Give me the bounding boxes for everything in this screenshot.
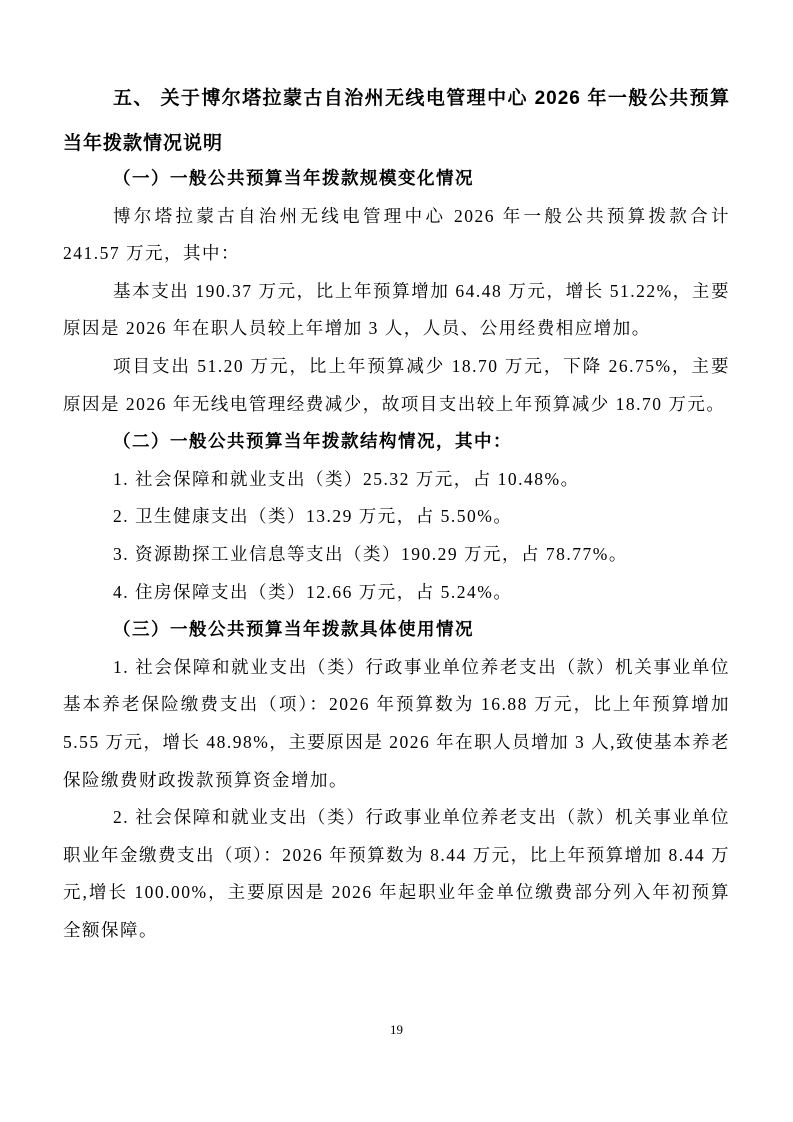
section-3-title: （三）一般公共预算当年拨款具体使用情况 bbox=[63, 611, 730, 649]
section-1-title: （一）一般公共预算当年拨款规模变化情况 bbox=[63, 160, 730, 198]
para-project-expenditure: 项目支出 51.20 万元，比上年预算减少 18.70 万元，下降 26.75%… bbox=[63, 348, 730, 423]
document-page: 五、 关于博尔塔拉蒙古自治州无线电管理中心 2026 年一般公共预算当年拨款情况… bbox=[0, 0, 793, 1122]
para-total-allocation: 博尔塔拉蒙古自治州无线电管理中心 2026 年一般公共预算拨款合计 241.57… bbox=[63, 198, 730, 273]
para-annuity-contribution: 2. 社会保障和就业支出（类）行政事业单位养老支出（款）机关事业单位职业年金缴费… bbox=[63, 799, 730, 949]
section-2-title: （二）一般公共预算当年拨款结构情况，其中： bbox=[63, 423, 730, 461]
para-basic-expenditure: 基本支出 190.37 万元，比上年预算增加 64.48 万元，增长 51.22… bbox=[63, 273, 730, 348]
document-title: 五、 关于博尔塔拉蒙古自治州无线电管理中心 2026 年一般公共预算当年拨款情况… bbox=[63, 76, 730, 166]
list-item-health: 2. 卫生健康支出（类）13.29 万元，占 5.50%。 bbox=[63, 498, 730, 536]
list-item-resource-exploration: 3. 资源勘探工业信息等支出（类）190.29 万元，占 78.77%。 bbox=[63, 536, 730, 574]
para-pension-contribution: 1. 社会保障和就业支出（类）行政事业单位养老支出（款）机关事业单位基本养老保险… bbox=[63, 649, 730, 799]
document-content: 五、 关于博尔塔拉蒙古自治州无线电管理中心 2026 年一般公共预算当年拨款情况… bbox=[63, 76, 730, 949]
list-item-social-security: 1. 社会保障和就业支出（类）25.32 万元，占 10.48%。 bbox=[63, 461, 730, 499]
list-item-housing: 4. 住房保障支出（类）12.66 万元，占 5.24%。 bbox=[63, 574, 730, 612]
page-number: 19 bbox=[0, 1022, 793, 1038]
